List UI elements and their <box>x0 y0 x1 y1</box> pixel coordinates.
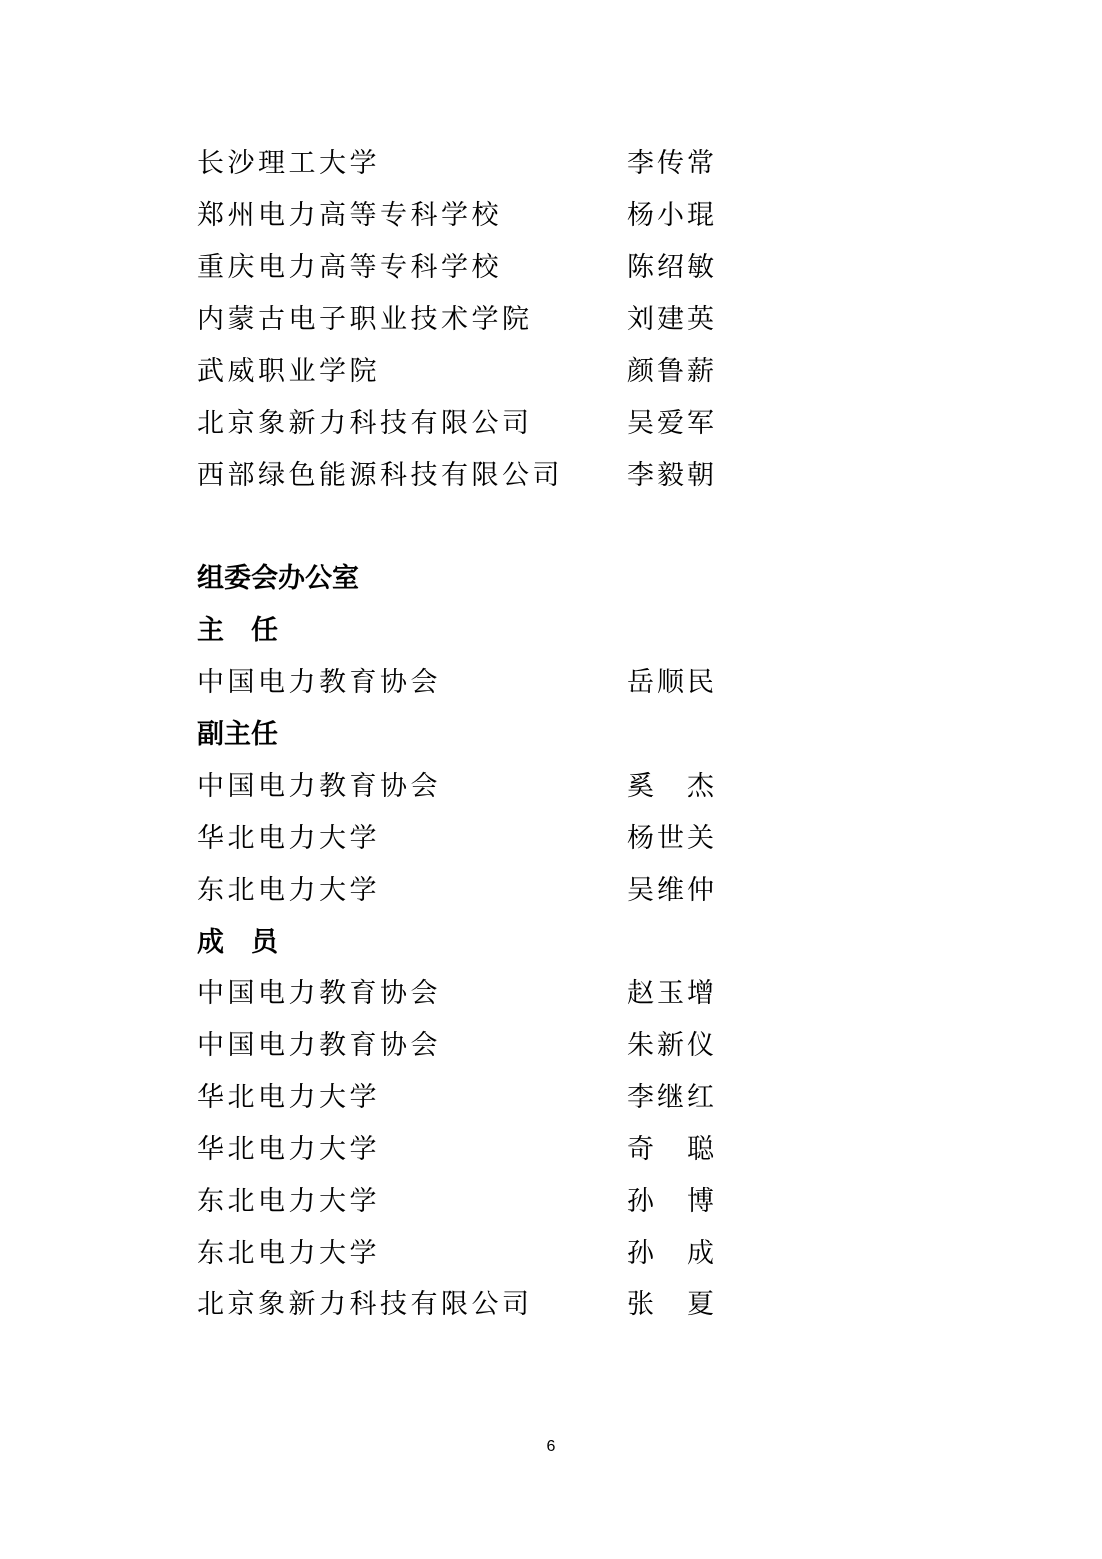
organization-name: 东北电力大学 <box>197 1180 380 1224</box>
person-name: 颜鲁薪 <box>627 350 717 394</box>
organization-name: 中国电力教育协会 <box>197 972 441 1016</box>
organization-name: 重庆电力高等专科学校 <box>197 246 502 290</box>
list-item: 武威职业学院 颜鲁薪 <box>197 350 717 394</box>
organization-name: 郑州电力高等专科学校 <box>197 194 502 238</box>
organization-name: 中国电力教育协会 <box>197 1024 441 1068</box>
organization-name: 中国电力教育协会 <box>197 765 441 809</box>
section-title: 组委会办公室 <box>197 557 359 601</box>
list-item: 长沙理工大学 李传常 <box>197 142 717 186</box>
list-item: 东北电力大学 吴维仲 <box>197 869 717 913</box>
organization-name: 西部绿色能源科技有限公司 <box>197 454 563 498</box>
list-item: 郑州电力高等专科学校 杨小琨 <box>197 194 717 238</box>
list-item: 内蒙古电子职业技术学院 刘建英 <box>197 298 717 342</box>
person-name: 杨世关 <box>627 817 717 861</box>
list-item: 北京象新力科技有限公司 吴爱军 <box>197 402 717 446</box>
organization-name: 北京象新力科技有限公司 <box>197 402 533 446</box>
organization-name: 东北电力大学 <box>197 1232 380 1276</box>
list-item: 中国电力教育协会 岳顺民 <box>197 661 717 705</box>
list-item: 北京象新力科技有限公司 张 夏 <box>197 1283 717 1327</box>
list-item: 中国电力教育协会 奚 杰 <box>197 765 717 809</box>
organization-name: 武威职业学院 <box>197 350 380 394</box>
organization-name: 北京象新力科技有限公司 <box>197 1283 533 1327</box>
person-name: 张 夏 <box>627 1283 717 1327</box>
person-name: 赵玉增 <box>627 972 717 1016</box>
person-name: 陈绍敏 <box>627 246 717 290</box>
person-name: 吴维仲 <box>627 869 717 913</box>
list-item: 重庆电力高等专科学校 陈绍敏 <box>197 246 717 290</box>
list-item: 华北电力大学 杨世关 <box>197 817 717 861</box>
organization-name: 长沙理工大学 <box>197 142 380 186</box>
list-item: 东北电力大学 孙 成 <box>197 1232 717 1276</box>
role-heading-deputy: 副主任 <box>197 713 278 757</box>
person-name: 奇 聪 <box>627 1128 717 1172</box>
person-name: 孙 成 <box>627 1232 717 1276</box>
person-name: 孙 博 <box>627 1180 717 1224</box>
organization-name: 东北电力大学 <box>197 869 380 913</box>
list-item: 西部绿色能源科技有限公司 李毅朝 <box>197 454 717 498</box>
list-item: 华北电力大学 奇 聪 <box>197 1128 717 1172</box>
organization-name: 华北电力大学 <box>197 1076 380 1120</box>
page-number: 6 <box>0 1437 1102 1457</box>
organization-name: 华北电力大学 <box>197 1128 380 1172</box>
role-heading-director: 主 任 <box>197 609 278 653</box>
list-item: 中国电力教育协会 朱新仪 <box>197 1024 717 1068</box>
person-name: 刘建英 <box>627 298 717 342</box>
person-name: 朱新仪 <box>627 1024 717 1068</box>
person-name: 杨小琨 <box>627 194 717 238</box>
organization-name: 中国电力教育协会 <box>197 661 441 705</box>
role-heading-members: 成 员 <box>197 921 278 965</box>
person-name: 李继红 <box>627 1076 717 1120</box>
list-item: 中国电力教育协会 赵玉增 <box>197 972 717 1016</box>
list-item: 东北电力大学 孙 博 <box>197 1180 717 1224</box>
person-name: 李传常 <box>627 142 717 186</box>
organization-name: 内蒙古电子职业技术学院 <box>197 298 533 342</box>
organization-name: 华北电力大学 <box>197 817 380 861</box>
person-name: 奚 杰 <box>627 765 717 809</box>
list-item: 华北电力大学 李继红 <box>197 1076 717 1120</box>
document-page: 长沙理工大学 李传常 郑州电力高等专科学校 杨小琨 重庆电力高等专科学校 陈绍敏… <box>0 0 1102 1559</box>
person-name: 李毅朝 <box>627 454 717 498</box>
person-name: 吴爱军 <box>627 402 717 446</box>
person-name: 岳顺民 <box>627 661 717 705</box>
